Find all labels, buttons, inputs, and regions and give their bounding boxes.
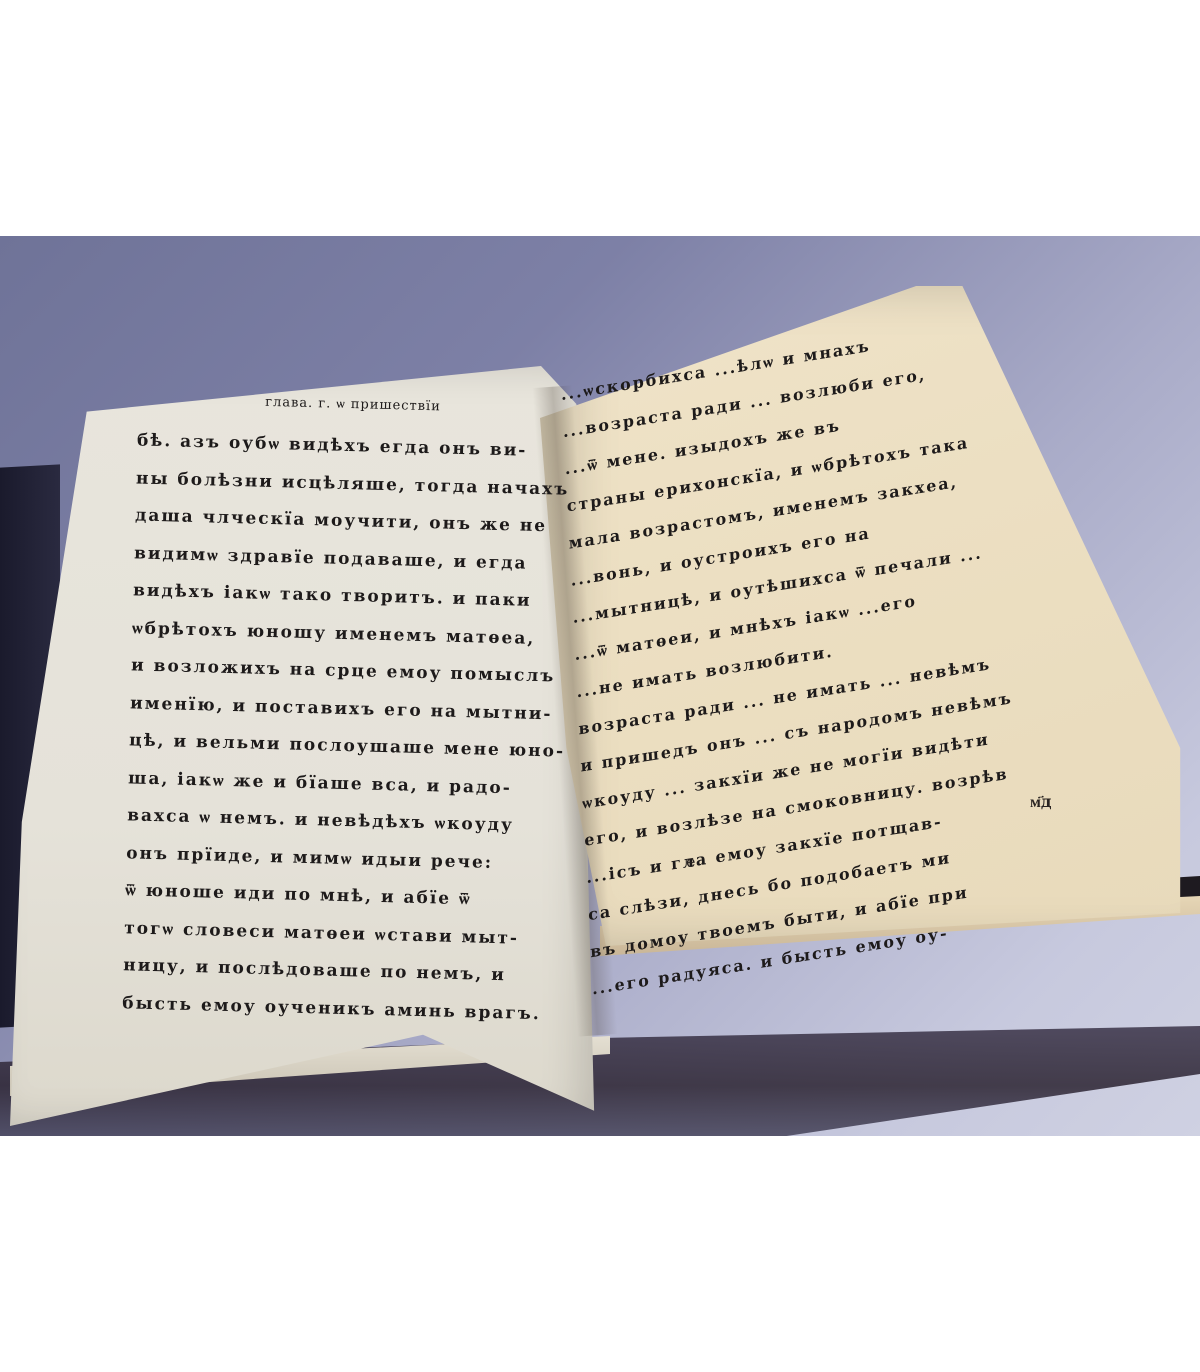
left-page-text: глава. г. ѡ пришествїи бѣ. азъ оубѡ видѣ… [122, 390, 568, 1033]
book-photograph: глава. г. ѡ пришествїи бѣ. азъ оубѡ видѣ… [0, 236, 1200, 1136]
right-page-text: ...ѡскорбихса ...ѣлѡ и мнахъ ...возраста… [560, 301, 1067, 1008]
page-number: е [686, 852, 695, 871]
marginal-note: м҃д [1030, 792, 1052, 812]
